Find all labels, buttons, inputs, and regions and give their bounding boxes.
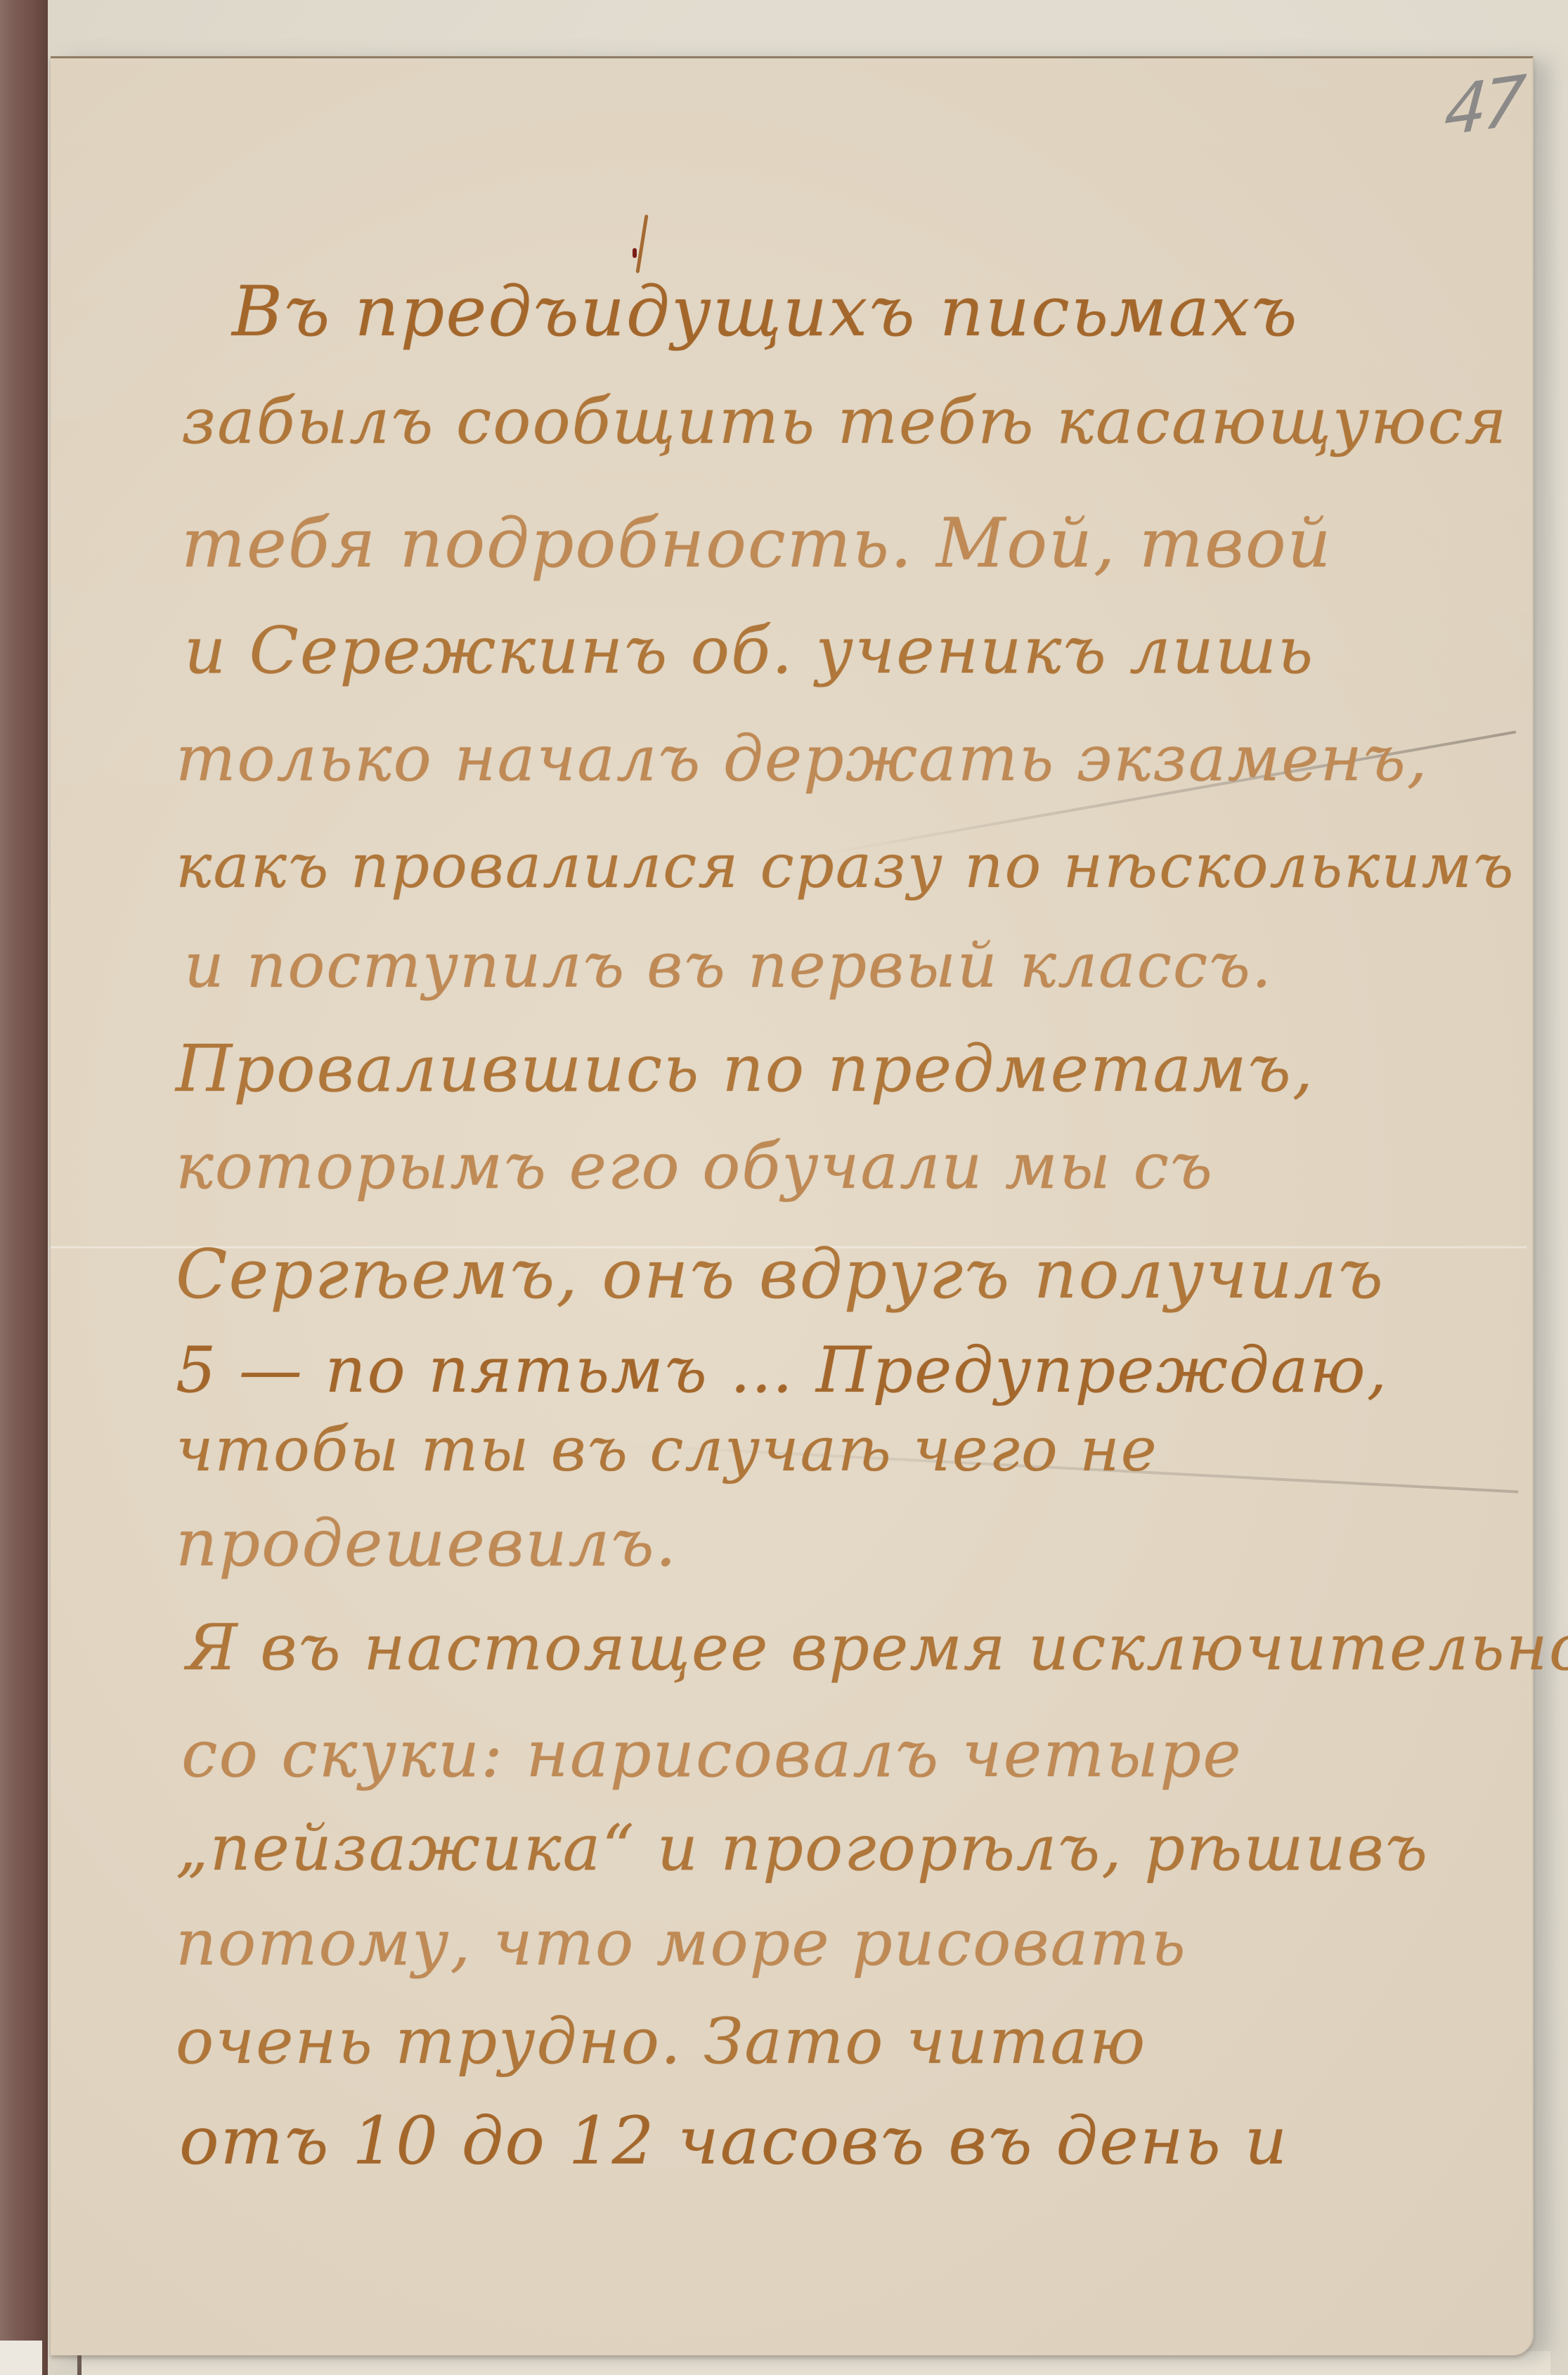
handwritten-line: тебя подробность. Мой, твой <box>181 510 1332 577</box>
handwritten-line: „пейзажика“ и прогорѣлъ, рѣшивъ <box>176 1817 1429 1880</box>
handwritten-line: очень трудно. Зато читаю <box>176 2010 1146 2073</box>
handwritten-line: со скуки: нарисовалъ четыре <box>181 1722 1243 1787</box>
handwritten-line: Сергѣемъ, онъ вдругъ получилъ <box>176 1241 1385 1308</box>
handwritten-line: Я въ настоящее время исключительно <box>186 1617 1568 1680</box>
handwritten-line: которымъ его обучали мы съ <box>176 1135 1214 1198</box>
letter-text: Въ предъидущихъ письмахъ забылъ сообщить… <box>0 0 1568 2375</box>
handwritten-line: продешевилъ. <box>176 1511 678 1576</box>
handwritten-line: какъ провалился сразу по нѣсколькимъ <box>176 836 1515 897</box>
handwritten-line: и поступилъ въ первый классъ. <box>184 935 1273 997</box>
handwritten-line: отъ 10 до 12 часовъ въ день и <box>179 2109 1288 2175</box>
handwritten-line: Провалившись по предметамъ, <box>176 1037 1314 1101</box>
handwritten-line: и Сережкинъ об. ученикъ лишь <box>184 619 1314 683</box>
handwritten-line: чтобы ты въ случаѣ чего не <box>176 1420 1158 1480</box>
handwritten-line: только началъ держать экзаменъ, <box>176 727 1428 791</box>
handwritten-line: 5 — по пятьмъ … Предупреждаю, <box>176 1339 1388 1402</box>
handwritten-line: потому, что море рисовать <box>176 1912 1187 1975</box>
handwritten-line: забылъ сообщить тебѣ касающуюся <box>181 390 1508 453</box>
handwritten-line: Въ предъидущихъ письмахъ <box>232 278 1299 347</box>
